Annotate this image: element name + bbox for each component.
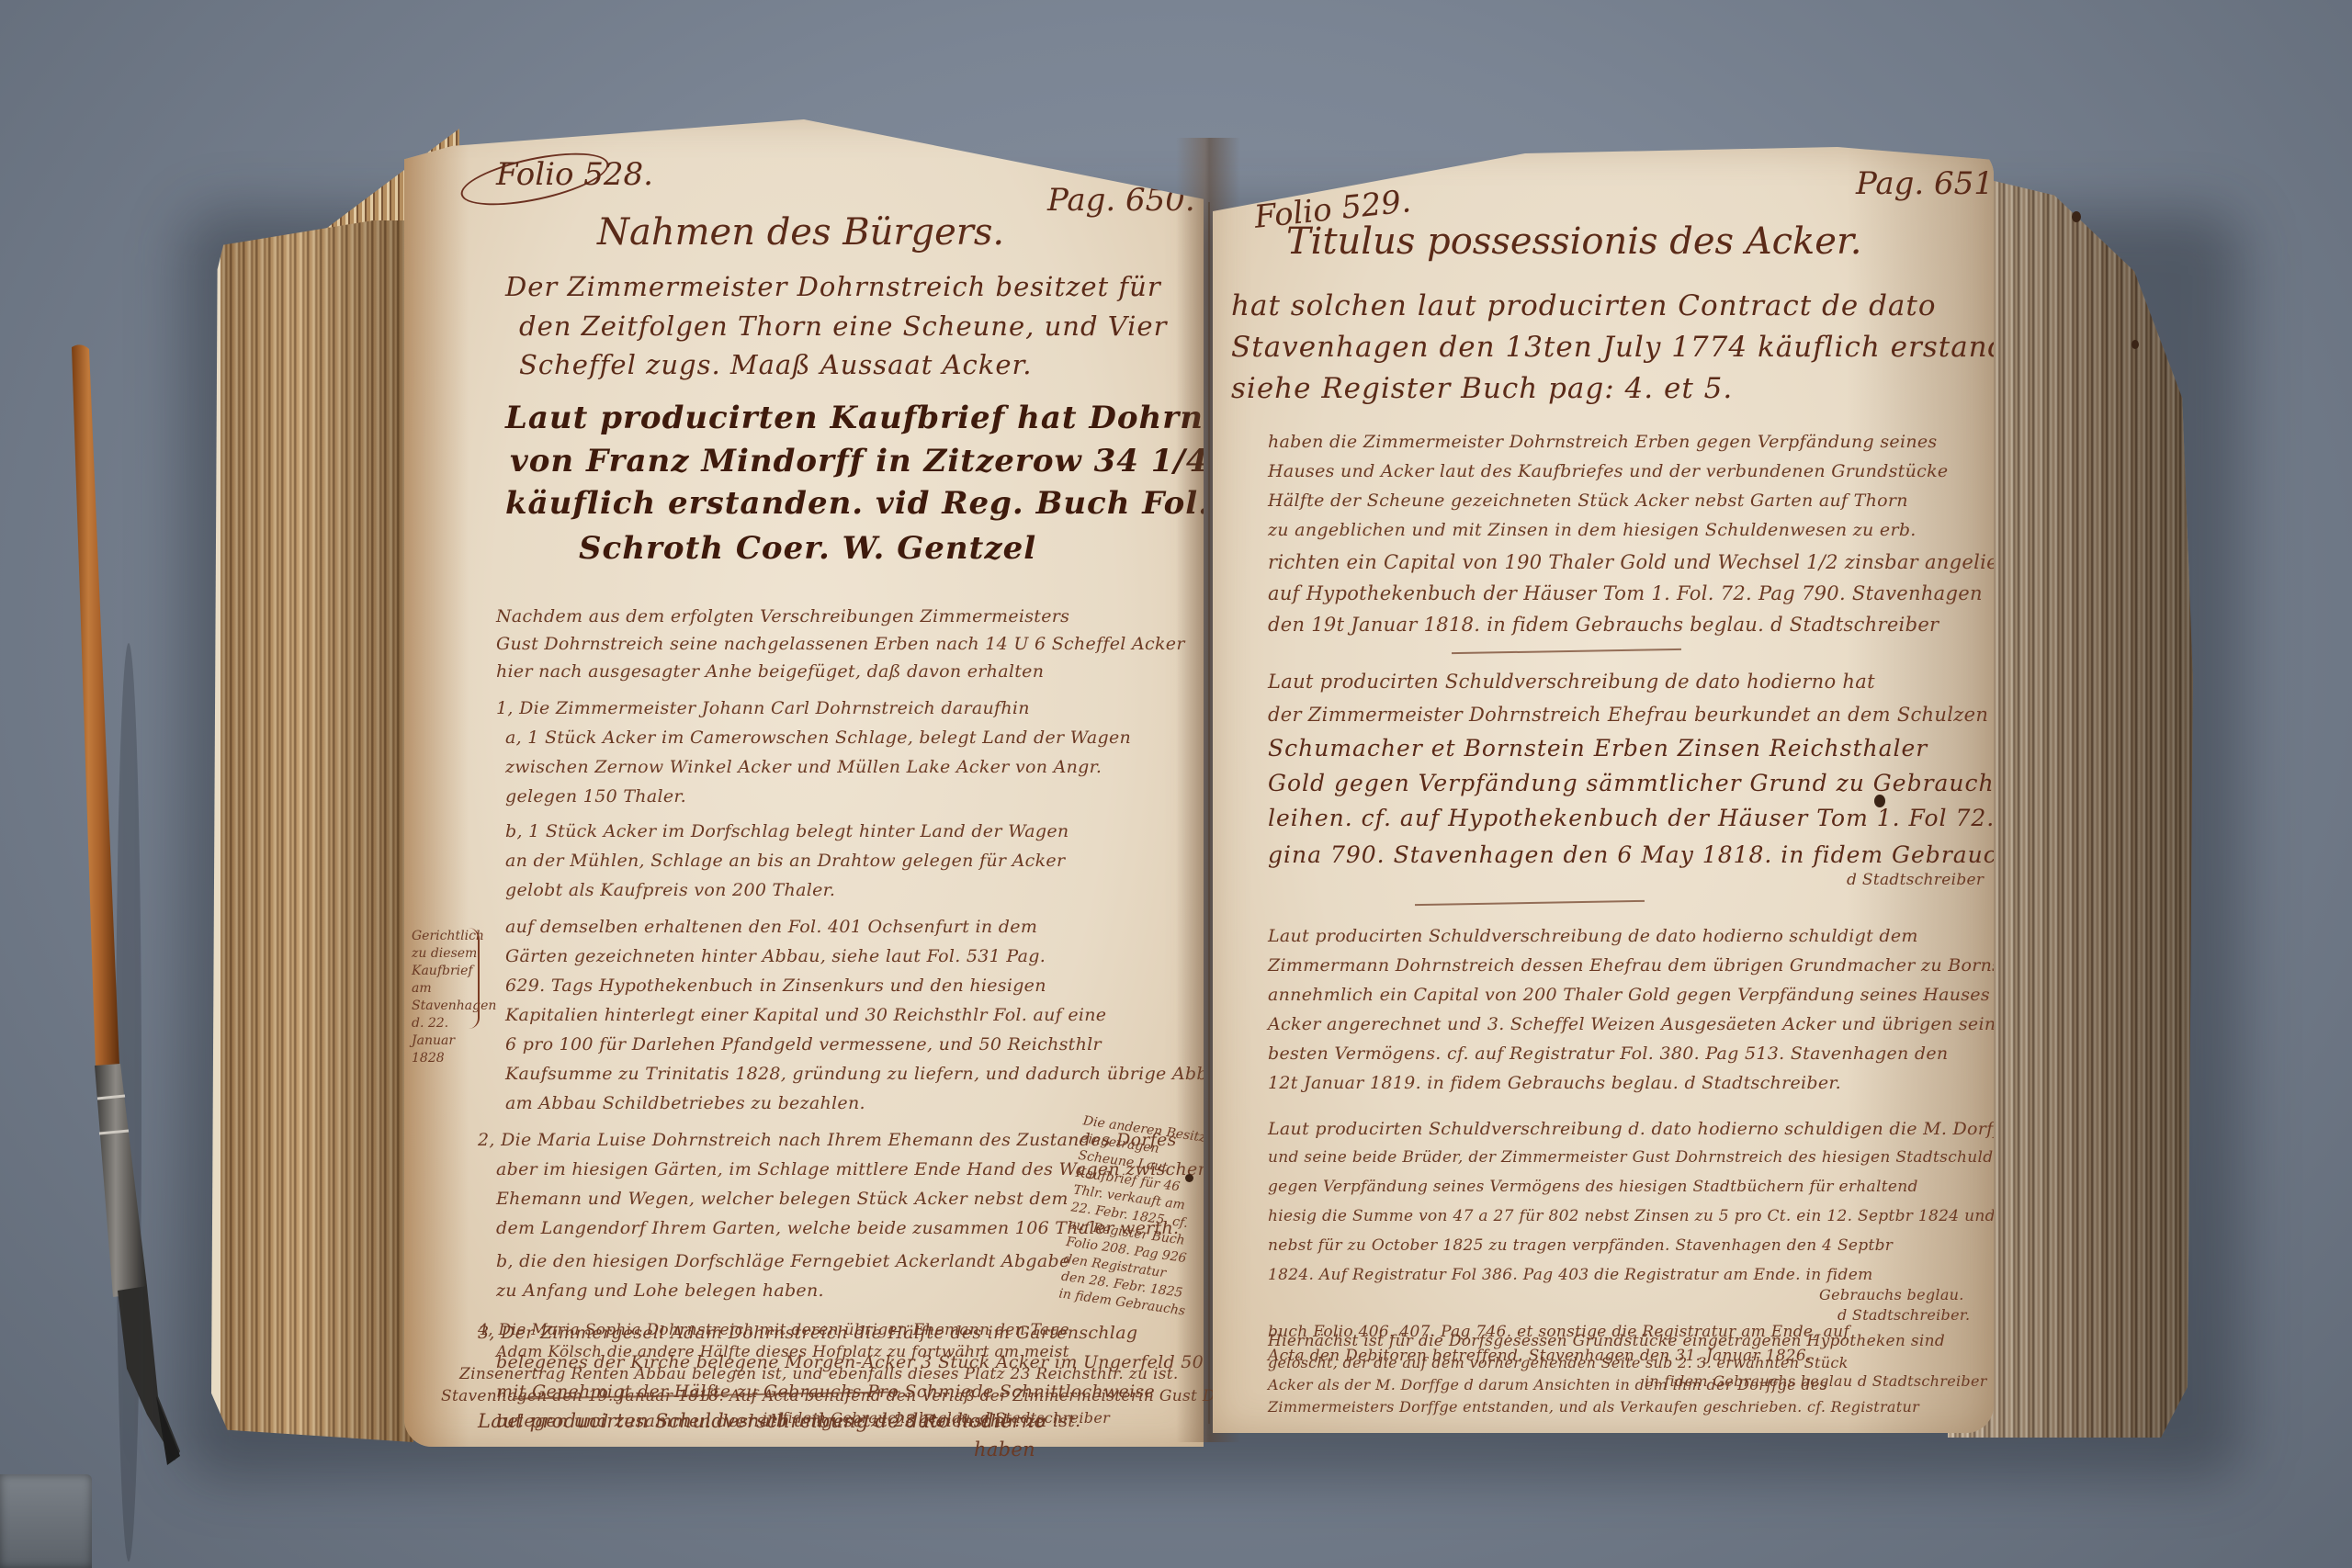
entry-line: annehmlich ein Capital von 200 Thaler Go… bbox=[1268, 985, 1994, 1005]
entry-line: b, 1 Stück Acker im Dorfschlag belegt hi… bbox=[505, 821, 1069, 841]
entry-line: an der Mühlen, Schlage an bis an Drahtow… bbox=[505, 851, 1065, 871]
page-stain bbox=[404, 119, 469, 1447]
entry-line: gelegen 150 Thaler. bbox=[505, 786, 686, 807]
left-fore-edge bbox=[211, 220, 413, 1442]
entry-line: leihen. cf. auf Hypothekenbuch der Häuse… bbox=[1268, 805, 1994, 831]
entry-line: zu angeblichen und mit Zinsen in dem hie… bbox=[1268, 520, 1917, 540]
entry-line: von Franz Mindorff in Zitzerow 34 1/4 Pf… bbox=[510, 443, 1204, 479]
entry-line: Stavenhagen den 13ten July 1774 käuflich… bbox=[1231, 331, 1994, 364]
ink-spot bbox=[2072, 211, 2081, 222]
entry-divider bbox=[1415, 900, 1645, 906]
entry-line: Zimmermeisters Dorffge entstanden, und a… bbox=[1268, 1398, 1919, 1416]
ink-spot bbox=[1874, 795, 1885, 807]
folio-number: Folio 528. bbox=[496, 156, 653, 193]
entry-line: gelobt als Kaufpreis von 200 Thaler. bbox=[505, 880, 835, 900]
entry-line: Der Zimmermeister Dohrnstreich besitzet … bbox=[505, 271, 1161, 302]
entry-line: auf Hypothekenbuch der Häuser Tom 1. Fol… bbox=[1268, 582, 1983, 604]
ink-spot bbox=[1185, 1174, 1193, 1182]
entry-line: Gebrauchs beglau. bbox=[1819, 1286, 1964, 1303]
gutter-line bbox=[1208, 202, 1210, 1424]
entry-line: 629. Tags Hypothekenbuch in Zinsenkurs u… bbox=[505, 976, 1046, 996]
entry-line: Laut producirten Schuldverschreibung d. … bbox=[1268, 1119, 1994, 1139]
entry-line: besten Vermögens. cf. auf Registratur Fo… bbox=[1268, 1043, 1948, 1064]
entry-line: Gold gegen Verpfändung sämmtlicher Grund… bbox=[1268, 770, 1994, 796]
footer-entry: Laut producirten Schuldverschreibung de … bbox=[478, 1410, 1046, 1432]
entry-line: Schumacher et Bornstein Erben Zinsen Rei… bbox=[1268, 735, 1928, 761]
entry-line: 2, Die Maria Luise Dohrnstreich nach Ihr… bbox=[478, 1130, 1177, 1150]
entry-line: gina 790. Stavenhagen den 6 May 1818. in… bbox=[1268, 841, 1994, 868]
entry-line: 4, Die Maria Sophia Dohrnstreich mit der… bbox=[478, 1321, 1069, 1339]
entry-line: Scheffel zugs. Maaß Aussaat Acker. bbox=[519, 349, 1032, 380]
entry-line: hier nach ausgesagter Anhe beigefüget, d… bbox=[496, 661, 1044, 682]
page-title: Nahmen des Bürgers. bbox=[597, 211, 1004, 254]
entry-line: auf demselben erhaltenen den Fol. 401 Oc… bbox=[505, 917, 1037, 937]
entry-line: b, die den hiesigen Dorfschläge Ferngebi… bbox=[496, 1251, 1070, 1271]
entry-line: käuflich erstanden. vid Reg. Buch Fol. 8… bbox=[505, 485, 1204, 522]
entry-line: nebst für zu October 1825 zu tragen verp… bbox=[1268, 1236, 1893, 1255]
entry-line: und seine beide Brüder, der Zimmermeiste… bbox=[1268, 1148, 1993, 1167]
entry-line: 1, Die Zimmermeister Johann Carl Dohrnst… bbox=[496, 698, 1030, 718]
entry-line: am Abbau Schildbetriebes zu bezahlen. bbox=[505, 1093, 865, 1113]
page-title: Titulus possessionis des Acker. bbox=[1286, 220, 1861, 263]
right-page: Folio 529. Pag. 651. Titulus possessioni… bbox=[1213, 147, 1994, 1433]
entry-line: Adam Kölsch die andere Hälfte dieses Hof… bbox=[496, 1343, 1069, 1361]
ledger-book: Folio 528. Pag. 650. Nahmen des Bürgers.… bbox=[0, 0, 2352, 1568]
page-number: Pag. 650. bbox=[1047, 182, 1195, 219]
entry-line: in fidem Gebrauchs beglau d Stadtschreib… bbox=[1645, 1372, 1987, 1390]
entry-line: Hälfte der Scheune gezeichneten Stück Ac… bbox=[1268, 491, 1908, 511]
entry-line: Kapitalien hinterlegt einer Kapital und … bbox=[505, 1005, 1106, 1025]
entry-line: haben die Zimmermeister Dohrnstreich Erb… bbox=[1268, 432, 1937, 452]
entry-line: zu Anfang und Lohe belegen haben. bbox=[496, 1280, 824, 1301]
entry-line: Ehemann und Wegen, welcher belegen Stück… bbox=[496, 1189, 1069, 1209]
entry-line: Gärten gezeichneten hinter Abbau, siehe … bbox=[505, 946, 1046, 966]
entry-line: Laut producirten Schuldverschreibung de … bbox=[1268, 671, 1875, 693]
entry-line: Hauses und Acker laut des Kaufbriefes un… bbox=[1268, 461, 1948, 481]
entry-line: hiesig die Summe von 47 a 27 für 802 neb… bbox=[1268, 1207, 1994, 1225]
entry-line: den 19t Januar 1818. in fidem Gebrauchs … bbox=[1268, 614, 1939, 636]
entry-line: buch Folio 406. 407. Pag 746. et sonstig… bbox=[1268, 1323, 1849, 1341]
entry-line: Gust Dohrnstreich seine nachgelassenen E… bbox=[496, 634, 1185, 654]
entry-line: Schroth Coer. W. Gentzel bbox=[579, 530, 1036, 567]
entry-line: Zinsenertrag Renten Abbau belegen ist, u… bbox=[459, 1365, 1179, 1383]
entry-line: Kaufsumme zu Trinitatis 1828, gründung z… bbox=[505, 1064, 1204, 1084]
entry-line: Laut producirten Kaufbrief hat Dohrnstre… bbox=[505, 400, 1204, 436]
entry-line: 1824. Auf Registratur Fol 386. Pag 403 d… bbox=[1268, 1266, 1873, 1284]
photo-scene: Folio 528. Pag. 650. Nahmen des Bürgers.… bbox=[0, 0, 2352, 1568]
entry-line: den Zeitfolgen Thorn eine Scheune, und V… bbox=[519, 310, 1167, 342]
entry-line: 6 pro 100 für Darlehen Pfandgeld vermess… bbox=[505, 1034, 1102, 1055]
entry-line: siehe Register Buch pag: 4. et 5. bbox=[1231, 372, 1733, 405]
entry-line: Acta den Debitoren betreffend. Stavenhag… bbox=[1268, 1347, 1812, 1365]
entry-line: 12t Januar 1819. in fidem Gebrauchs begl… bbox=[1268, 1073, 1841, 1093]
entry-divider bbox=[1452, 649, 1681, 654]
entry-line: Laut producirten Schuldverschreibung de … bbox=[1268, 926, 1918, 946]
left-page: Folio 528. Pag. 650. Nahmen des Bürgers.… bbox=[404, 119, 1204, 1447]
entry-line: d Stadtschreiber. bbox=[1837, 1306, 1970, 1324]
margin-bracket bbox=[459, 928, 480, 1029]
entry-line: der Zimmermeister Dohrnstreich Ehefrau b… bbox=[1268, 704, 1988, 726]
entry-line: richten ein Capital von 190 Thaler Gold … bbox=[1268, 551, 1994, 573]
ink-spot bbox=[2131, 340, 2139, 349]
footer-entry-continued: haben bbox=[974, 1438, 1035, 1461]
page-number: Pag. 651. bbox=[1856, 165, 1994, 202]
entry-line: a, 1 Stück Acker im Camerowschen Schlage… bbox=[505, 728, 1131, 748]
entry-line: Acker angerechnet und 3. Scheffel Weizen… bbox=[1268, 1014, 1994, 1034]
entry-line: hat solchen laut producirten Contract de… bbox=[1231, 289, 1937, 322]
entry-line: Zimmermann Dohrnstreich dessen Ehefrau d… bbox=[1268, 955, 1994, 976]
entry-line: d Stadtschreiber bbox=[1847, 871, 1984, 889]
entry-line: zwischen Zernow Winkel Acker und Müllen … bbox=[505, 757, 1102, 777]
entry-line: Nachdem aus dem erfolgten Verschreibunge… bbox=[496, 606, 1069, 626]
entry-line: gegen Verpfändung seines Vermögens des h… bbox=[1268, 1178, 1918, 1196]
